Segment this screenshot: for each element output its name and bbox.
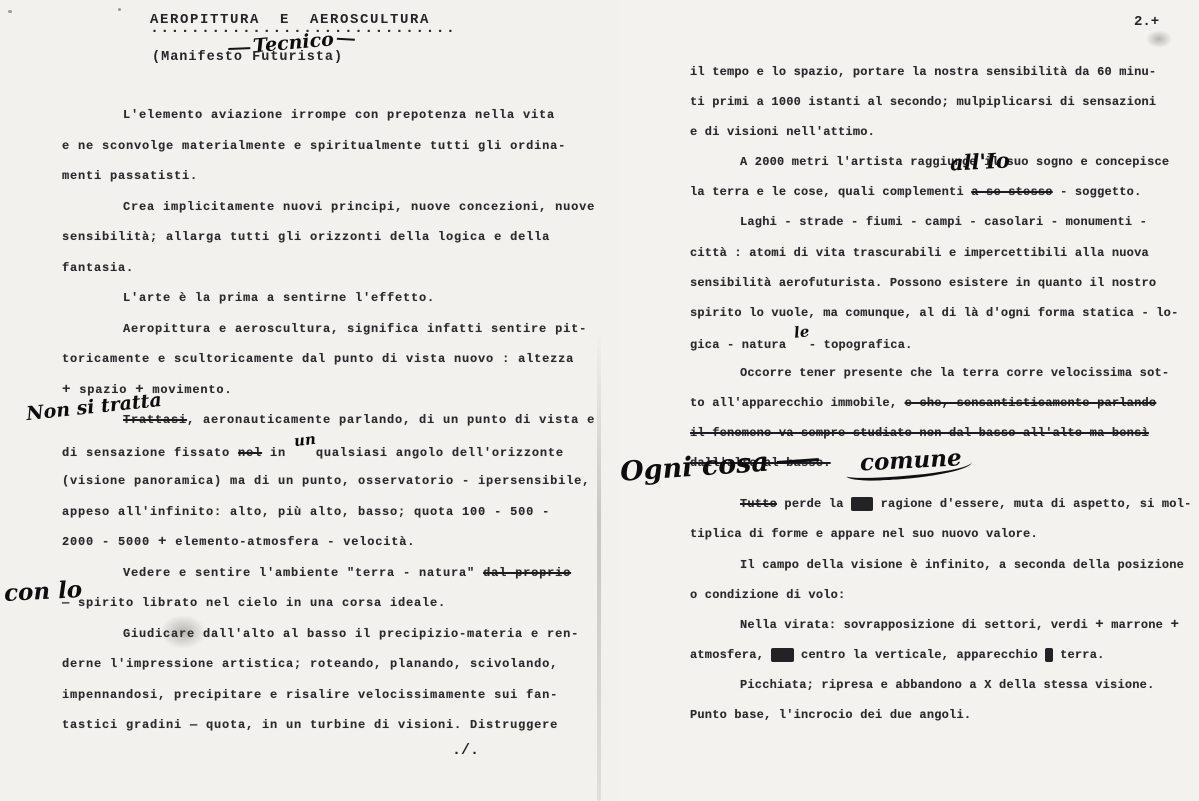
text-line: o condizione di volo: [690,580,1192,610]
handwritten-insertion: le [792,316,811,348]
text-line: Picchiata; ripresa e abbandono a X della… [690,670,1192,700]
typed-text: toricamente e scultoricamente dal punto … [62,352,574,366]
typed-text: 2000 - 5000 [62,535,158,549]
typed-text: menti passatisti. [62,169,198,183]
typed-text: marrone [1104,618,1171,632]
text-line: Il campo della visione è infinito, a sec… [690,550,1192,580]
text-line: sensibilità aerofuturista. Possono esist… [690,268,1192,298]
struck-text: e che, sensantisticamente parlando [905,396,1157,410]
text-line: appeso all'infinito: alto, più alto, bas… [62,497,595,528]
text-line: menti passatisti. [62,161,595,192]
redacted-text: - [1045,648,1052,662]
text-line: Tutto perde la sua ragione d'essere, mut… [690,489,1192,519]
scanned-document: AEROPITTURA E AEROSCULTURA .............… [0,0,1199,801]
typed-text: tiplica di forme e appare nel suo nuovo … [690,527,1038,541]
scan-smudge [160,615,206,649]
typed-text: centro la verticale, apparecchio [794,648,1046,662]
typed-text: impennandosi, precipitare e risalire vel… [62,688,558,702]
typed-text: elemento-atmosfera - velocità. [167,535,415,549]
typed-text: Nella virata: sovrapposizione di settori… [740,618,1095,632]
typed-text: L'elemento aviazione irrompe con prepote… [123,108,555,122]
typed-text: to all'apparecchio immobile, [690,396,905,410]
redacted-text: nel [771,648,793,662]
text-line: 2000 - 5000 + elemento-atmosfera - veloc… [62,527,595,558]
typed-text: di sensazione fissato [62,446,238,460]
typed-text: tastici gradini — quota, in un turbine d… [62,718,558,732]
document-subtitle: (Manifesto Futurista) [152,50,343,65]
text-line: Nella virata: sovrapposizione di settori… [690,610,1192,640]
typed-text: — spirito librato nel cielo in una corsa… [62,596,446,610]
typed-text: - topografica. [809,338,913,352]
typed-text: Aeropittura e aeroscultura, significa in… [123,322,587,336]
text-line: Aeropittura e aeroscultura, significa in… [62,314,595,345]
typed-text: e ne sconvolge materialmente e spiritual… [62,139,566,153]
redacted-text: sua [851,497,873,511]
typed-text: (visione panoramica) ma di un punto, oss… [62,474,590,488]
plus-mark: + [62,382,71,398]
struck-text: il fenomeno va sempre studiato non dal b… [690,426,1149,440]
typed-text: gica - natura [690,338,794,352]
typed-text: terra. [1053,648,1105,662]
text-line: Occorre tener presente che la terra corr… [690,358,1192,388]
typed-text: il tempo e lo spazio, portare la nostra … [690,65,1156,79]
typed-text: appeso all'infinito: alto, più alto, bas… [62,505,550,519]
handwritten-insertion: un [292,423,317,456]
text-line: impennandosi, precipitare e risalire vel… [62,680,595,711]
text-line: di sensazione fissato nel in unqualsiasi… [62,436,595,467]
typed-text: Crea implicitamente nuovi principi, nuov… [123,200,595,214]
struck-text: Trattasi [123,413,187,427]
text-line: toricamente e scultoricamente dal punto … [62,344,595,375]
text-line: e ne sconvolge materialmente e spiritual… [62,131,595,162]
typed-text: spirito lo vuole, ma comunque, al di là … [690,306,1178,320]
typed-text: Picchiata; ripresa e abbandono a X della… [740,678,1154,692]
text-line: la terra e le cose, quali complementi a … [690,177,1192,207]
scan-speck [118,8,121,11]
text-line: atmosfera, nel centro la verticale, appa… [690,640,1192,670]
typed-text: sensibilità aerofuturista. Possono esist… [690,276,1156,290]
handwritten-note-con-lo: con lo [3,576,82,607]
text-line: spirito lo vuole, ma comunque, al di là … [690,298,1192,328]
typed-text: città : atomi di vita trascurabili e imp… [690,246,1149,260]
text-line: città : atomi di vita trascurabili e imp… [690,238,1192,268]
typed-text: perde la [777,497,851,511]
text-line: il tempo e lo spazio, portare la nostra … [690,57,1192,87]
plus-mark: + [1095,617,1104,633]
text-line: il fenomeno va sempre studiato non dal b… [690,418,1192,448]
scan-speck [8,10,12,13]
text-line: tiplica di forme e appare nel suo nuovo … [690,519,1192,549]
scan-smudge [1146,30,1172,48]
typed-text: atmosfera, [690,648,771,662]
plus-mark: + [158,534,167,550]
typed-text: in [262,446,294,460]
typed-text: , aeronauticamente parlando, di un punto… [187,413,595,427]
text-line: fantasia. [62,253,595,284]
text-line: L'elemento aviazione irrompe con prepote… [62,100,595,131]
text-line: A 2000 metri l'artista raggiunge il suo … [690,147,1192,177]
text-line: Giudicare dall'alto al basso il precipiz… [62,619,595,650]
typed-text: ragione d'essere, muta di aspetto, si mo… [873,497,1191,511]
handwritten-note-all-io: all'Io [949,147,1010,175]
typed-text: derne l'impressione artistica; roteando,… [62,657,558,671]
typed-text: o condizione di volo: [690,588,845,602]
typed-text: la terra e le cose, quali complementi [690,185,971,199]
typed-text: e di visioni nell'attimo. [690,125,875,139]
text-line: Vedere e sentire l'ambiente "terra - nat… [62,558,595,589]
page-edge-seam [597,330,601,801]
text-line: L'arte è la prima a sentirne l'effetto. [62,283,595,314]
text-line: Punto base, l'incrocio dei due angoli. [690,700,1192,730]
typed-text: - soggetto. [1053,185,1142,199]
struck-text: nel [238,446,262,460]
typed-text: Laghi - strade - fiumi - campi - casolar… [740,215,1147,229]
typed-text: qualsiasi angolo dell'orizzonte [316,446,564,460]
typed-text: L'arte è la prima a sentirne l'effetto. [123,291,435,305]
typed-text: Occorre tener presente che la terra corr… [740,366,1169,380]
page-number: 2.+ [1134,14,1159,30]
text-line: tastici gradini — quota, in un turbine d… [62,710,595,741]
plus-mark: + [1171,617,1180,633]
typed-text: sensibilità; allarga tutti gli orizzonti… [62,230,550,244]
typed-text: ti primi a 1000 istanti al secondo; mulp… [690,95,1156,109]
page2-body-text: il tempo e lo spazio, portare la nostra … [690,57,1192,730]
typed-text: Il campo della visione è infinito, a sec… [740,558,1184,572]
typed-text: fantasia. [62,261,134,275]
text-line: (visione panoramica) ma di un punto, oss… [62,466,595,497]
text-line: e di visioni nell'attimo. [690,117,1192,147]
text-line: gica - natura le- topografica. [690,328,1192,358]
text-line: ti primi a 1000 istanti al secondo; mulp… [690,87,1192,117]
text-line: to all'apparecchio immobile, e che, sens… [690,388,1192,418]
text-line: sensibilità; allarga tutti gli orizzonti… [62,222,595,253]
typed-text: Vedere e sentire l'ambiente "terra - nat… [123,566,483,580]
struck-text: dal proprio [483,566,571,580]
text-line: Crea implicitamente nuovi principi, nuov… [62,192,595,223]
struck-text: Tutto [740,497,777,511]
struck-text: a se stesso [971,185,1052,199]
text-line: — spirito librato nel cielo in una corsa… [62,588,595,619]
page1-body-text: L'elemento aviazione irrompe con prepote… [62,100,595,741]
text-line: Laghi - strade - fiumi - campi - casolar… [690,207,1192,237]
text-line: derne l'impressione artistica; roteando,… [62,649,595,680]
typed-text: Punto base, l'incrocio dei due angoli. [690,708,971,722]
continuation-mark: ./. [452,742,479,759]
